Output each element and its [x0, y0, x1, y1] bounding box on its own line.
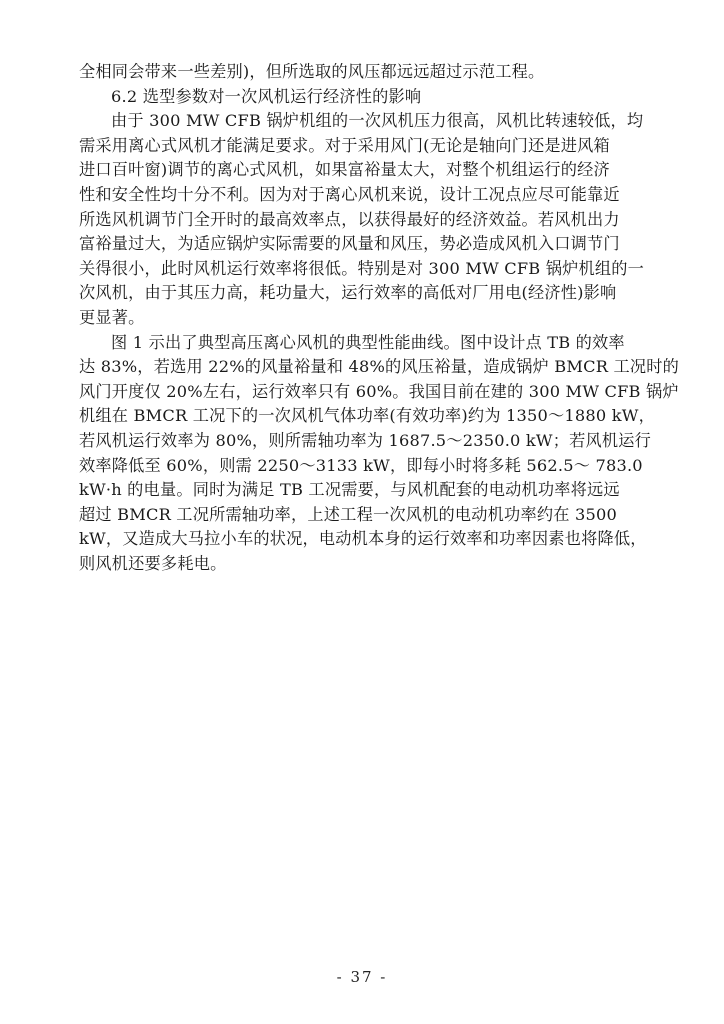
- text-line: 风门开度仅 20%左右，运行效率只有 60%。我国目前在建的 300 MW CF…: [79, 380, 651, 405]
- text-line: 达 83%，若选用 22%的风量裕量和 48%的风压裕量，造成锅炉 BMCR 工…: [79, 355, 651, 380]
- text-line: 效率降低至 60%，则需 2250～3133 kW，即每小时将多耗 562.5～…: [79, 454, 651, 479]
- paragraph-start: 图 1 示出了典型高压离心风机的典型性能曲线。图中设计点 TB 的效率: [79, 331, 651, 356]
- text-line: 则风机还要多耗电。: [79, 552, 651, 577]
- text-line: kW·h 的电量。同时为满足 TB 工况需要，与风机配套的电动机功率将远远: [79, 478, 651, 503]
- document-body: 全相同会带来一些差别)，但所选取的风压都远远超过示范工程。 6.2 选型参数对一…: [79, 60, 651, 576]
- text-line: 次风机，由于其压力高，耗功量大，运行效率的高低对厂用电(经济性)影响: [79, 281, 651, 306]
- text-line: 更显著。: [79, 306, 651, 331]
- text-line: 全相同会带来一些差别)，但所选取的风压都远远超过示范工程。: [79, 60, 651, 85]
- text-line: 富裕量过大，为适应锅炉实际需要的风量和风压，势必造成风机入口调节门: [79, 232, 651, 257]
- text-line: 进口百叶窗)调节的离心式风机，如果富裕量太大，对整个机组运行的经济: [79, 158, 651, 183]
- text-line: 需采用离心式风机才能满足要求。对于采用风门(无论是轴向门还是进风箱: [79, 134, 651, 159]
- text-line: 超过 BMCR 工况所需轴功率，上述工程一次风机的电动机功率约在 3500: [79, 503, 651, 528]
- text-line: 若风机运行效率为 80%，则所需轴功率为 1687.5～2350.0 kW；若风…: [79, 429, 651, 454]
- page-number: - 37 -: [0, 968, 724, 986]
- section-heading: 6.2 选型参数对一次风机运行经济性的影响: [79, 85, 651, 110]
- text-line: 所选风机调节门全开时的最高效率点，以获得最好的经济效益。若风机出力: [79, 208, 651, 233]
- paragraph-start: 由于 300 MW CFB 锅炉机组的一次风机压力很高，风机比转速较低，均: [79, 109, 651, 134]
- text-line: 性和安全性均十分不利。因为对于离心风机来说，设计工况点应尽可能靠近: [79, 183, 651, 208]
- text-line: 机组在 BMCR 工况下的一次风机气体功率(有效功率)约为 1350～1880 …: [79, 404, 651, 429]
- text-line: kW，又造成大马拉小车的状况，电动机本身的运行效率和功率因素也将降低，: [79, 527, 651, 552]
- text-line: 关得很小，此时风机运行效率将很低。特别是对 300 MW CFB 锅炉机组的一: [79, 257, 651, 282]
